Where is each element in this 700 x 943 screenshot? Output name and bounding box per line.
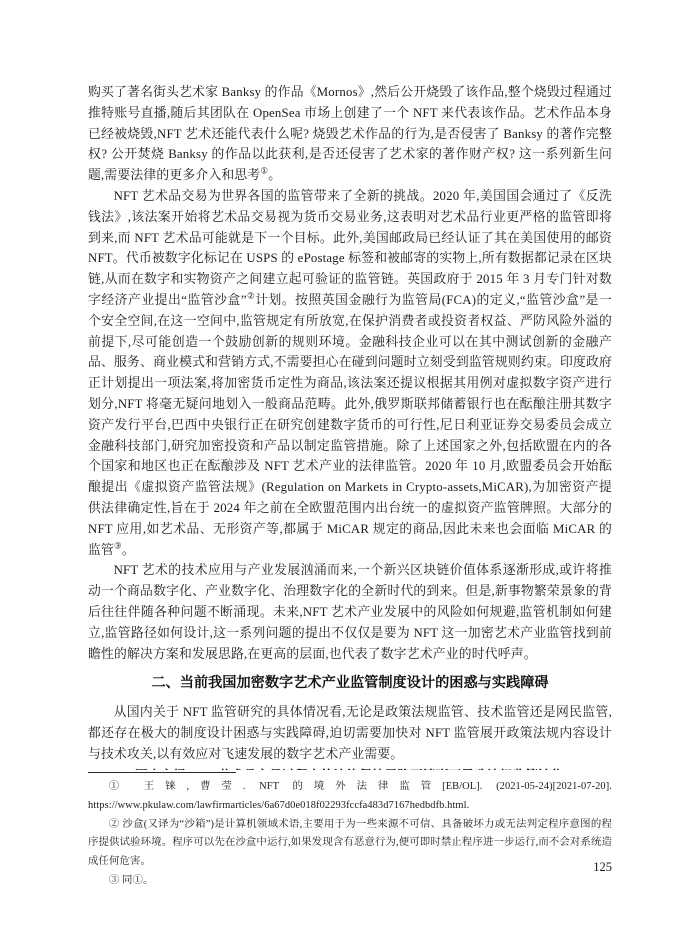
footnote-ref-3: ③ xyxy=(114,540,122,550)
journal-page: 购买了著名街头艺术家 Banksy 的作品《Mornos》,然后公开烧毁了该作品… xyxy=(0,0,700,943)
footnote-ref-2: ② xyxy=(247,291,255,301)
footnote-3: ③ 同①。 xyxy=(88,872,612,891)
paragraph-banksy-continuation: 购买了著名街头艺术家 Banksy 的作品《Mornos》,然后公开烧毁了该作品… xyxy=(88,82,612,186)
page-number: 125 xyxy=(593,860,612,875)
footnote-ref-1: ① xyxy=(260,166,268,176)
article-body: 购买了著名街头艺术家 Banksy 的作品《Mornos》,然后公开烧毁了该作品… xyxy=(88,82,612,770)
paragraph-nft-era: NFT 艺术的技术应用与产业发展汹涌而来,一个新兴区块链价值体系逐渐形成,或许将… xyxy=(88,560,612,664)
paragraph-text: NFT 艺术品交易为世界各国的监管带来了全新的挑战。2020 年,美国国会通过了… xyxy=(88,189,612,307)
paragraph-global-regulation: NFT 艺术品交易为世界各国的监管带来了全新的挑战。2020 年,美国国会通过了… xyxy=(88,186,612,560)
footnote-area: ① 王铼,曹莹. NFT 的境外法律监管[EB/OL]. (2021-05-24… xyxy=(88,772,612,891)
footnote-separator-line xyxy=(88,772,236,773)
footnote-2: ② 沙盒(又译为“沙箱”)是计算机领域术语,主要用于为一些来源不可信、具备破坏力… xyxy=(88,816,612,872)
footnote-1: ① 王铼,曹莹. NFT 的境外法律监管[EB/OL]. (2021-05-24… xyxy=(88,778,612,816)
paragraph-text: 。 xyxy=(122,543,135,557)
paragraph-text: 。 xyxy=(268,168,281,182)
paragraph-text: 计划。按照英国金融行为监管局(FCA)的定义,“监管沙盒”是一个安全空间,在这一… xyxy=(88,293,612,557)
subsection-heading-1: (一)国内市场 NFT 艺术品交易过程中的法律保护思路不清晰而导致法规监管缺位 xyxy=(88,766,612,770)
paragraph-domestic-overview: 从国内关于 NFT 监管研究的具体情况看,无论是政策法规监管、技术监管还是网民监… xyxy=(88,702,612,764)
section-heading-2: 二、当前我国加密数字艺术产业监管制度设计的困惑与实践障碍 xyxy=(88,673,612,693)
paragraph-text: 购买了著名街头艺术家 Banksy 的作品《Mornos》,然后公开烧毁了该作品… xyxy=(88,85,612,182)
